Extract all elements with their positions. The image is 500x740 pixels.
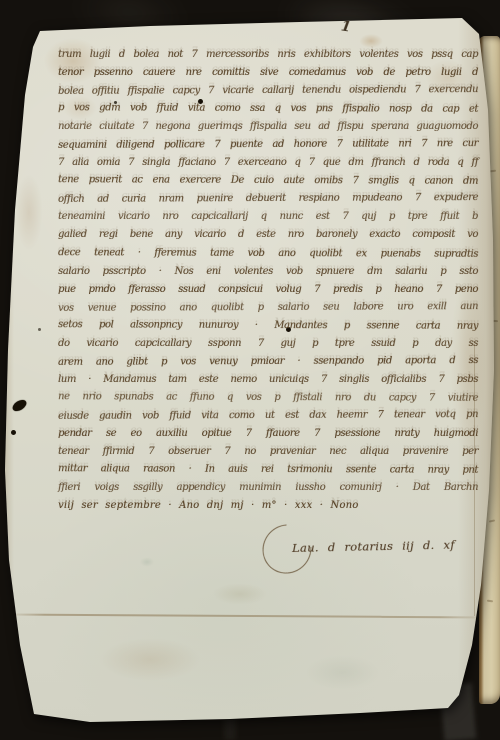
manuscript-line: notarie ciuitate 7 negona guerimqs ffisp… (58, 118, 478, 136)
fold-crease-line (6, 614, 488, 619)
manuscript-page-wrap: 1 trum lugii d bolea not 7 mercessoribs … (0, 0, 500, 740)
manuscript-line: pue pmdo fferasso ssuad conpsicui volug … (58, 281, 478, 299)
ink-speck (38, 328, 41, 331)
manuscript-line: tenear ffirmid 7 obseruer 7 no praveniar… (58, 443, 478, 461)
manuscript-dateline: viij ser septembre · Ano dnj mj · m° · x… (58, 497, 478, 515)
manuscript-photo: 1 trum lugii d bolea not 7 mercessoribs … (0, 0, 500, 740)
manuscript-line: bolea offitiu ffispalie capcy 7 vicarie … (58, 81, 478, 101)
manuscript-line: salario psscripto · Nos eni volentes vob… (58, 263, 478, 281)
manuscript-line: mittar aliqua raason · In auis rei tsrim… (58, 460, 478, 480)
ink-dot (11, 430, 16, 435)
manuscript-line: lum · Mandamus tam este nemo unicuiqs 7 … (58, 371, 478, 389)
text-block: trum lugii d bolea not 7 mercessoribs nr… (58, 46, 478, 515)
manuscript-line: trum lugii d bolea not 7 mercessoribs nr… (58, 46, 478, 64)
manuscript-line: ffieri voigs ssgilly appendicy munimin i… (58, 479, 478, 497)
manuscript-line: sequamini diligend pollicare 7 puente ad… (58, 135, 478, 155)
manuscript-line: ne nrio spunabs ac ffuno q vos p ffistal… (58, 388, 478, 408)
manuscript-line: p vos gdm vob ffuid vita como ssa q vos … (58, 99, 478, 119)
manuscript-line: vos venue possino ano quolibt p salario … (58, 298, 478, 318)
manuscript-line: pendar se eo auxiliu opitue 7 ffauore 7 … (58, 425, 478, 443)
manuscript-line: eiusde gaudin vob ffuid vita como ut est… (58, 406, 478, 426)
ink-speck (143, 19, 146, 22)
manuscript-page: 1 trum lugii d bolea not 7 mercessoribs … (0, 0, 500, 740)
manuscript-line: 7 alia omia 7 singla ffaciano 7 exercean… (58, 154, 478, 172)
manuscript-line: do vicario capcicallary ssponn 7 guj p t… (58, 335, 478, 353)
folio-mark: 1 (340, 19, 352, 34)
stain (138, 556, 156, 568)
manuscript-line: dece teneat · fferemus tame vob ano quol… (58, 244, 478, 264)
stain (295, 650, 390, 695)
ink-blot (11, 398, 28, 414)
manuscript-line: setos pol alssonpncy nunuroy · Mandantes… (58, 316, 478, 336)
manuscript-line: tenor pssenno cauere nre comittis sive c… (58, 64, 478, 82)
manuscript-line: galied regi bene any vicario d este nro … (58, 226, 478, 244)
stain (85, 632, 215, 687)
manuscript-line: arem ano glibt p vos venuy pmioar · ssen… (58, 352, 478, 372)
stain (12, 165, 46, 260)
manuscript-line: teneamini vicario nro capcicallarij q nu… (58, 208, 478, 226)
manuscript-line: offich ad curia nram puenire debuerit re… (58, 189, 478, 209)
manuscript-line: tene psuerit ac ena exercere De cuio aut… (58, 172, 478, 192)
signature-line: Lau. d rotarius iij d. xf (292, 536, 482, 556)
stain (205, 580, 275, 608)
